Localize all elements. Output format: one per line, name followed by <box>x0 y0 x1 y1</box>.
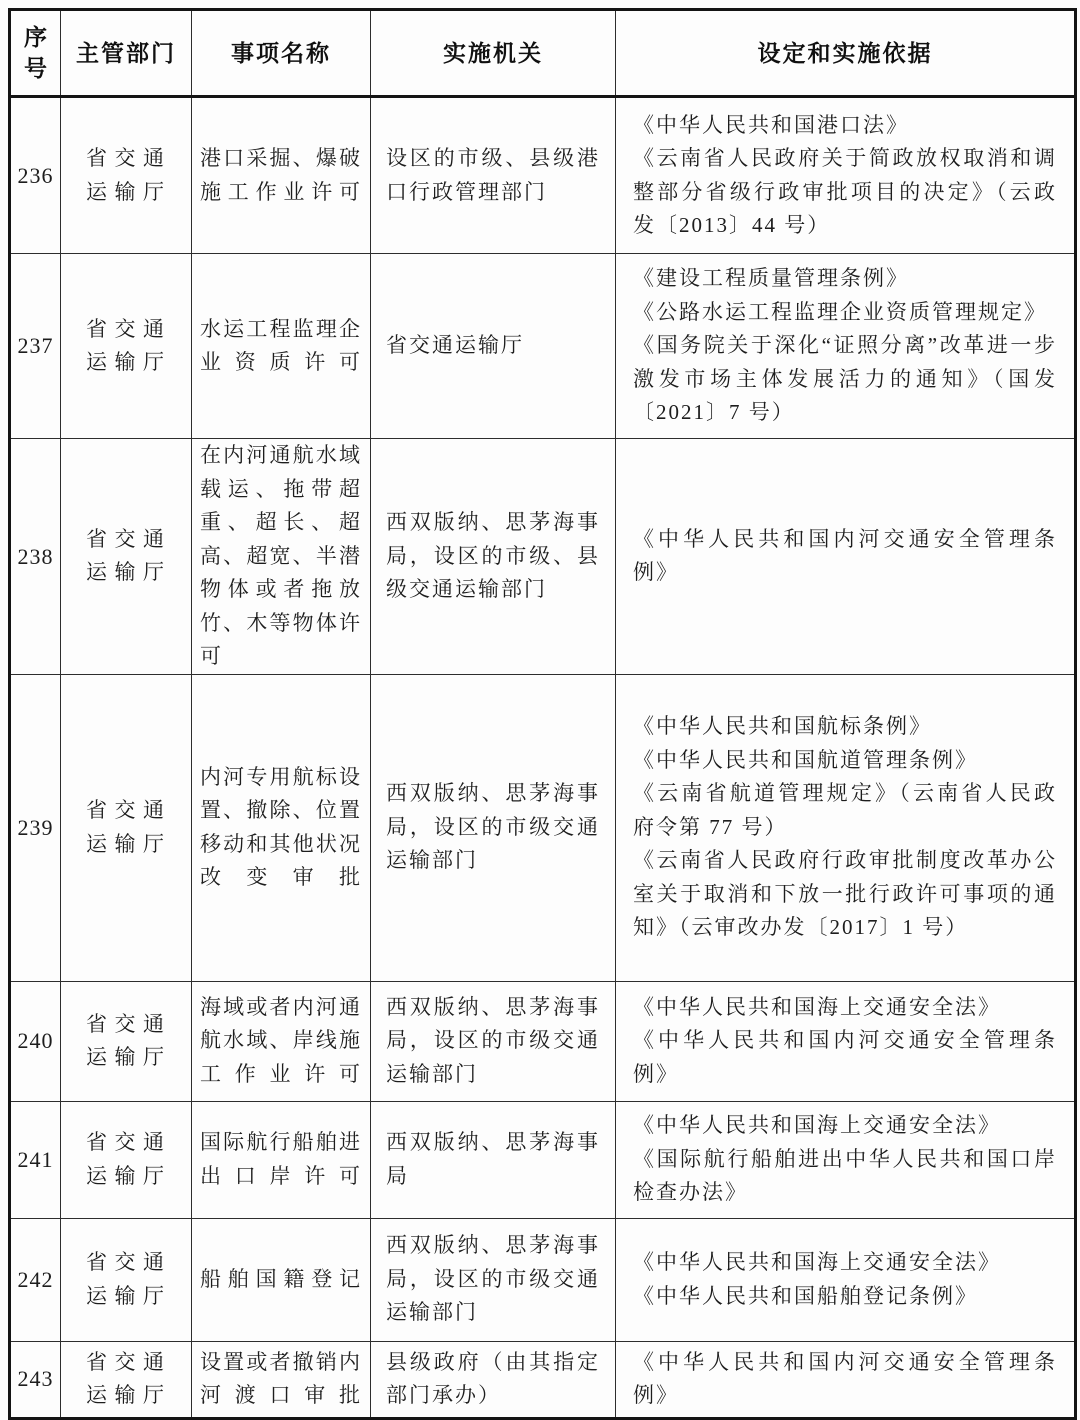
cell-implementing-agency: 设区的市级、县级港口行政管理部门 <box>371 97 616 254</box>
header-item-name: 事项名称 <box>192 10 371 97</box>
cell-legal-basis: 《中华人民共和国海上交通安全法》 《中华人民共和国船舶登记条例》 <box>616 1218 1076 1341</box>
table-row: 240 省交通运输厅 海域或者内河通航水域、岸线施工作业许可 西双版纳、思茅海事… <box>10 981 1076 1101</box>
cell-department: 省交通运输厅 <box>61 1101 192 1218</box>
cell-item-name: 船舶国籍登记 <box>192 1218 371 1341</box>
table-row: 238 省交通运输厅 在内河通航水域载运、拖带超重、超长、超高、超宽、半潜物体或… <box>10 439 1076 675</box>
cell-serial-number: 236 <box>10 97 61 254</box>
approval-items-table: 序号 主管部门 事项名称 实施机关 设定和实施依据 236 省交通运输厅 港口采… <box>8 8 1077 1420</box>
cell-serial-number: 237 <box>10 254 61 439</box>
cell-implementing-agency: 西双版纳、思茅海事局 <box>371 1101 616 1218</box>
cell-serial-number: 238 <box>10 439 61 675</box>
header-legal-basis: 设定和实施依据 <box>616 10 1076 97</box>
cell-department: 省交通运输厅 <box>61 439 192 675</box>
cell-implementing-agency: 西双版纳、思茅海事局，设区的市级、县级交通运输部门 <box>371 439 616 675</box>
cell-implementing-agency: 县级政府（由其指定部门承办） <box>371 1341 616 1418</box>
cell-legal-basis: 《中华人民共和国海上交通安全法》 《中华人民共和国内河交通安全管理条例》 <box>616 981 1076 1101</box>
cell-legal-basis: 《中华人民共和国港口法》 《云南省人民政府关于简政放权取消和调整部分省级行政审批… <box>616 97 1076 254</box>
cell-department: 省交通运输厅 <box>61 1218 192 1341</box>
cell-implementing-agency: 西双版纳、思茅海事局，设区的市级交通运输部门 <box>371 1218 616 1341</box>
cell-serial-number: 240 <box>10 981 61 1101</box>
table-row: 237 省交通运输厅 水运工程监理企业资质许可 省交通运输厅 《建设工程质量管理… <box>10 254 1076 439</box>
document-page: 序号 主管部门 事项名称 实施机关 设定和实施依据 236 省交通运输厅 港口采… <box>0 0 1080 1420</box>
table-row: 239 省交通运输厅 内河专用航标设置、撤除、位置移动和其他状况改变审批 西双版… <box>10 674 1076 981</box>
cell-item-name: 海域或者内河通航水域、岸线施工作业许可 <box>192 981 371 1101</box>
cell-item-name: 国际航行船舶进出口岸许可 <box>192 1101 371 1218</box>
header-department: 主管部门 <box>61 10 192 97</box>
cell-item-name: 内河专用航标设置、撤除、位置移动和其他状况改变审批 <box>192 674 371 981</box>
header-serial-number: 序号 <box>10 10 61 97</box>
cell-legal-basis: 《中华人民共和国内河交通安全管理条例》 <box>616 439 1076 675</box>
cell-legal-basis: 《中华人民共和国海上交通安全法》 《国际航行船舶进出中华人民共和国口岸检查办法》 <box>616 1101 1076 1218</box>
cell-serial-number: 243 <box>10 1341 61 1418</box>
cell-item-name: 设置或者撤销内河渡口审批 <box>192 1341 371 1418</box>
cell-implementing-agency: 省交通运输厅 <box>371 254 616 439</box>
cell-serial-number: 239 <box>10 674 61 981</box>
cell-implementing-agency: 西双版纳、思茅海事局，设区的市级交通运输部门 <box>371 981 616 1101</box>
cell-item-name: 水运工程监理企业资质许可 <box>192 254 371 439</box>
cell-department: 省交通运输厅 <box>61 981 192 1101</box>
cell-implementing-agency: 西双版纳、思茅海事局，设区的市级交通运输部门 <box>371 674 616 981</box>
table-row: 243 省交通运输厅 设置或者撤销内河渡口审批 县级政府（由其指定部门承办） 《… <box>10 1341 1076 1418</box>
cell-legal-basis: 《建设工程质量管理条例》 《公路水运工程监理企业资质管理规定》 《国务院关于深化… <box>616 254 1076 439</box>
cell-department: 省交通运输厅 <box>61 1341 192 1418</box>
cell-legal-basis: 《中华人民共和国内河交通安全管理条例》 <box>616 1341 1076 1418</box>
cell-department: 省交通运输厅 <box>61 97 192 254</box>
table-header-row: 序号 主管部门 事项名称 实施机关 设定和实施依据 <box>10 10 1076 97</box>
cell-department: 省交通运输厅 <box>61 254 192 439</box>
cell-department: 省交通运输厅 <box>61 674 192 981</box>
table-row: 236 省交通运输厅 港口采掘、爆破施工作业许可 设区的市级、县级港口行政管理部… <box>10 97 1076 254</box>
cell-serial-number: 241 <box>10 1101 61 1218</box>
table-row: 241 省交通运输厅 国际航行船舶进出口岸许可 西双版纳、思茅海事局 《中华人民… <box>10 1101 1076 1218</box>
cell-item-name: 港口采掘、爆破施工作业许可 <box>192 97 371 254</box>
header-implementing-agency: 实施机关 <box>371 10 616 97</box>
cell-legal-basis: 《中华人民共和国航标条例》 《中华人民共和国航道管理条例》 《云南省航道管理规定… <box>616 674 1076 981</box>
table-row: 242 省交通运输厅 船舶国籍登记 西双版纳、思茅海事局，设区的市级交通运输部门… <box>10 1218 1076 1341</box>
cell-serial-number: 242 <box>10 1218 61 1341</box>
cell-item-name: 在内河通航水域载运、拖带超重、超长、超高、超宽、半潜物体或者拖放竹、木等物体许可 <box>192 439 371 675</box>
